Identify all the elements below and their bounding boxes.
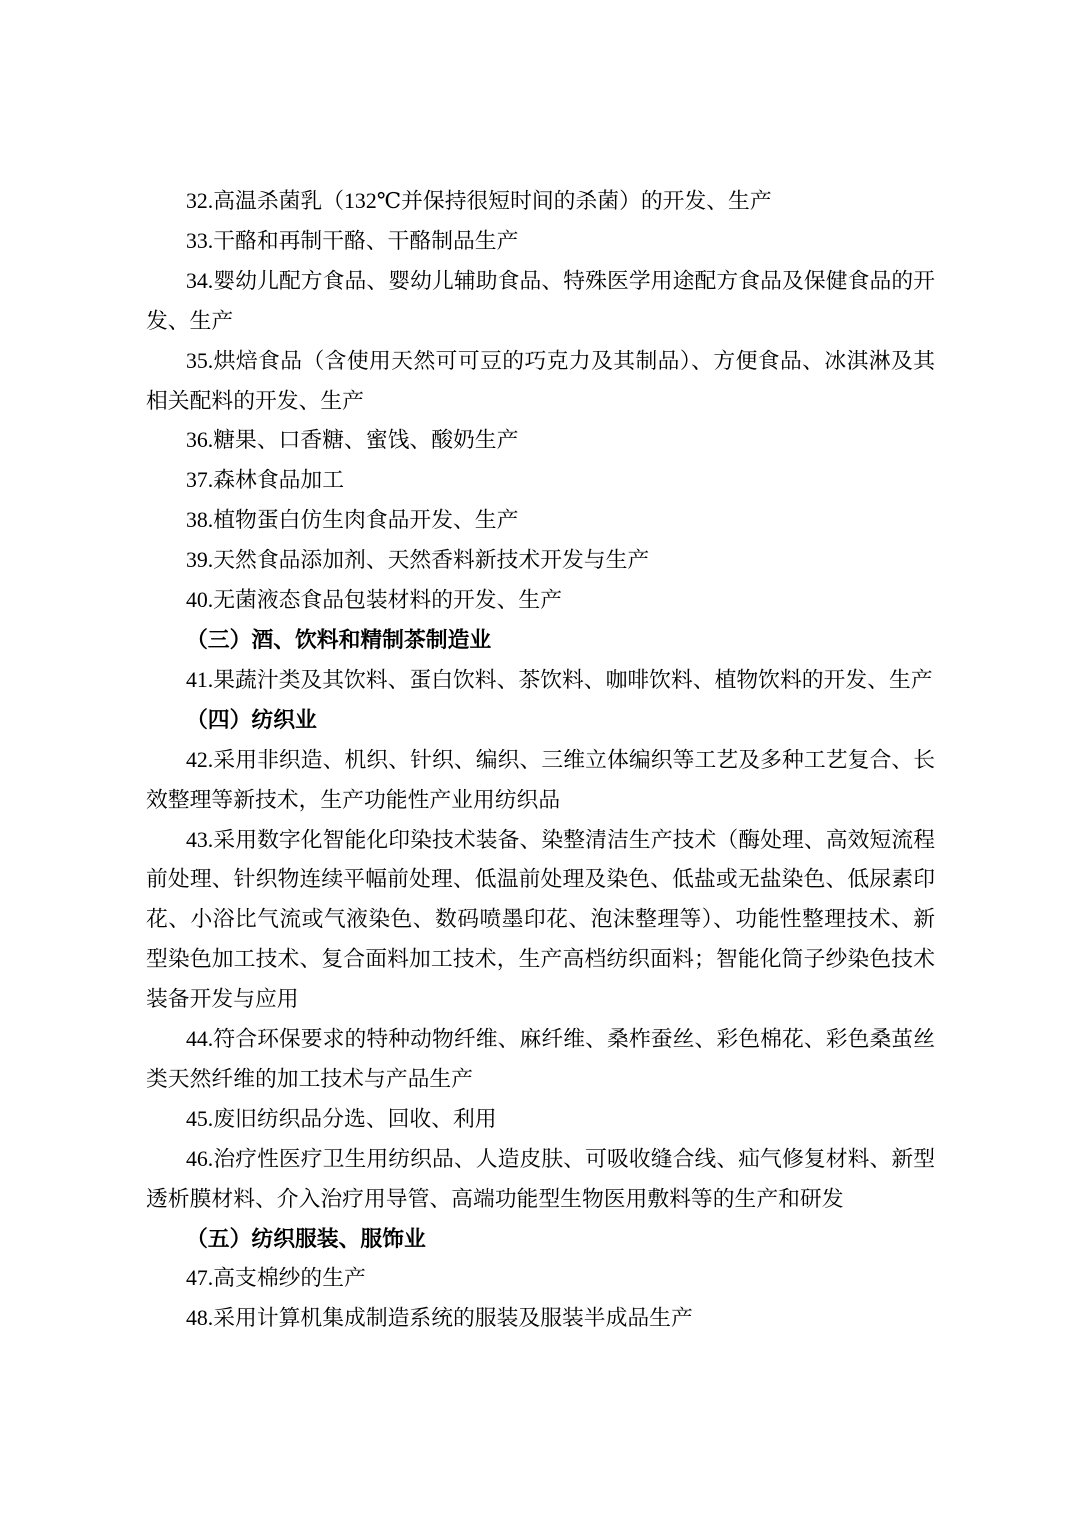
section-heading-3: （三）酒、饮料和精制茶制造业 (146, 621, 935, 661)
document-text-column: 32.高温杀菌乳（132℃并保持很短时间的杀菌）的开发、生产 33.干酪和再制干… (146, 182, 935, 1339)
section-heading-4: （四）纺织业 (146, 701, 935, 741)
catalog-item-34: 34.婴幼儿配方食品、婴幼儿辅助食品、特殊医学用途配方食品及保健食品的开发、生产 (146, 262, 935, 342)
catalog-item-36: 36.糖果、口香糖、蜜饯、酸奶生产 (146, 421, 935, 461)
catalog-item-47: 47.高支棉纱的生产 (146, 1259, 935, 1299)
document-page: 32.高温杀菌乳（132℃并保持很短时间的杀菌）的开发、生产 33.干酪和再制干… (0, 0, 1074, 1520)
catalog-item-35: 35.烘焙食品（含使用天然可可豆的巧克力及其制品）、方便食品、冰淇淋及其相关配料… (146, 342, 935, 422)
catalog-item-33: 33.干酪和再制干酪、干酪制品生产 (146, 222, 935, 262)
catalog-item-38: 38.植物蛋白仿生肉食品开发、生产 (146, 501, 935, 541)
catalog-item-42: 42.采用非织造、机织、针织、编织、三维立体编织等工艺及多种工艺复合、长效整理等… (146, 741, 935, 821)
catalog-item-40: 40.无菌液态食品包装材料的开发、生产 (146, 581, 935, 621)
catalog-item-41: 41.果蔬汁类及其饮料、蛋白饮料、茶饮料、咖啡饮料、植物饮料的开发、生产 (146, 661, 935, 701)
catalog-item-44: 44.符合环保要求的特种动物纤维、麻纤维、桑柞蚕丝、彩色棉花、彩色桑茧丝类天然纤… (146, 1020, 935, 1100)
section-heading-5: （五）纺织服装、服饰业 (146, 1220, 935, 1260)
catalog-item-46: 46.治疗性医疗卫生用纺织品、人造皮肤、可吸收缝合线、疝气修复材料、新型透析膜材… (146, 1140, 935, 1220)
catalog-item-39: 39.天然食品添加剂、天然香料新技术开发与生产 (146, 541, 935, 581)
catalog-item-48: 48.采用计算机集成制造系统的服装及服装半成品生产 (146, 1299, 935, 1339)
catalog-item-32: 32.高温杀菌乳（132℃并保持很短时间的杀菌）的开发、生产 (146, 182, 935, 222)
catalog-item-45: 45.废旧纺织品分选、回收、利用 (146, 1100, 935, 1140)
catalog-item-37: 37.森林食品加工 (146, 461, 935, 501)
catalog-item-43: 43.采用数字化智能化印染技术装备、染整清洁生产技术（酶处理、高效短流程前处理、… (146, 821, 935, 1021)
